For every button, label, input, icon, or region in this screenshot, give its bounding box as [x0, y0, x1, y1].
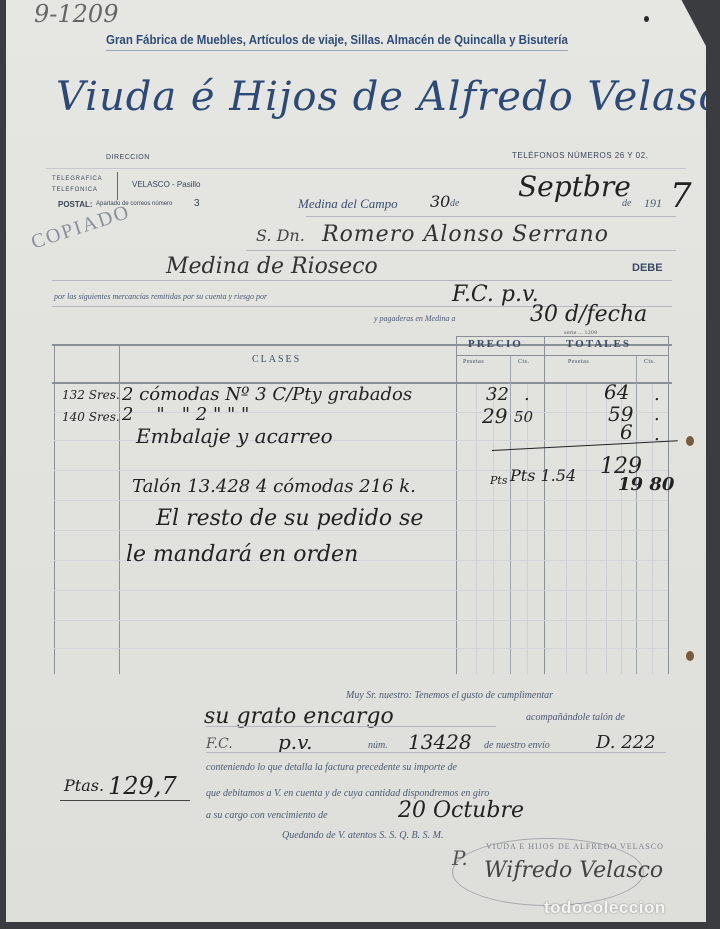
company-name: Viuda é Hijos de Alfredo Velasco [56, 74, 720, 120]
telegraph-address: VELASCO - Pasillo [132, 180, 200, 189]
amount-value: 129,7 [108, 772, 177, 800]
row-desc: 2 cómodas Nº 3 C/Pty grabados [122, 384, 412, 405]
signature-prefix: P. [452, 846, 468, 870]
row-total-pts: 6 [620, 420, 633, 444]
date-month: Septbre [518, 170, 631, 203]
recipient-name: Romero Alonso Serrano [322, 222, 609, 247]
precio-pesetas-header: Pesetas [463, 359, 484, 365]
letter-line-2-printed: acompañándole talón de [526, 712, 625, 723]
row-ref: 140 Sres. [62, 410, 120, 424]
recipient-prefix: S. Dn. [256, 226, 305, 245]
row-total-pts: 64 [604, 380, 629, 404]
letter-line-6-date: 20 Octubre [398, 798, 524, 823]
letter-line-4: conteniendo lo que detalla la factura pr… [206, 762, 457, 773]
row-ref: 132 Sres. [62, 388, 120, 402]
row-price-cts: . [524, 384, 530, 405]
letter-line-6: a su cargo con vencimiento de [206, 810, 328, 821]
pin-hole [644, 16, 649, 22]
shipping-terms: 30 d/fecha [530, 302, 647, 327]
recipient-city: Medina de Rioseco [166, 254, 378, 279]
letter-line-3-printed: de nuestro envío [484, 740, 550, 751]
watermark: todocoleccion [544, 898, 666, 918]
rust-spot [686, 436, 694, 446]
row-total-cts: . [654, 384, 660, 405]
col-clases-header: CLASES [252, 354, 301, 365]
shipping-printed-2: y pagaderas en Medina a [374, 314, 455, 323]
postal-label: POSTAL: [58, 200, 93, 209]
telefonos-label: TELÉFONOS NÚMEROS 26 Y 02. [512, 151, 648, 160]
col-totales-header: TOTALES [566, 338, 631, 350]
invoice-page: 9-1209 Gran Fábrica de Muebles, Artículo… [6, 0, 706, 922]
shipping-printed-1: por las siguientes mercancías remitidas … [54, 292, 267, 301]
totales-pesetas-header: Pesetas [568, 359, 589, 365]
telegrafica-label: TELEGRAFICA [52, 176, 102, 182]
total-label: Pts [490, 474, 507, 487]
postal-number: 3 [194, 198, 200, 209]
date-de-2: de [622, 198, 631, 209]
date-year-prefix: 191 [644, 196, 662, 211]
row-price-pts: 32 [486, 384, 509, 405]
date-year-suffix: 7 [670, 176, 692, 216]
shipping-via: F.C. p.v. [452, 282, 539, 307]
letter-line-3-envio: D. 222 [596, 732, 656, 753]
signature: Wifredo Velasco [484, 858, 663, 883]
talon-line: Talón 13.428 4 cómodas 216 k. [132, 476, 416, 497]
company-tagline: Gran Fábrica de Muebles, Artículos de vi… [106, 33, 568, 51]
col-precio-header: PRECIO [468, 338, 523, 350]
totales-cts-header: Cts. [644, 359, 656, 365]
rust-spot [686, 651, 694, 661]
letter-line-3-pv: p.v. [278, 730, 312, 754]
amount-label: Ptas. [64, 776, 104, 795]
company-stamp-text: VIUDA E HIJOS DE ALFREDO VELASCO [486, 842, 664, 851]
note-line-1: El resto de su pedido se [156, 506, 423, 531]
note-line-2: le mandará en orden [126, 542, 358, 567]
row-price-cts: 50 [514, 408, 533, 426]
telefonica-label: TELEFONICA [52, 187, 98, 193]
letter-closing: Quedando de V. atentos S. S. Q. B. S. M. [282, 830, 443, 841]
printed-place: Medina del Campo [298, 196, 398, 212]
debe-label: DEBE [632, 262, 663, 274]
weight-value: 19 80 [618, 474, 674, 495]
weight-note: Pts 1.54 [510, 466, 576, 485]
row-total-cts: . [654, 404, 660, 425]
date-day: 30 [430, 192, 450, 211]
letter-line-3-num-label: núm. [368, 740, 388, 751]
letter-line-3-fc: F.C. [206, 736, 233, 752]
precio-cts-header: Cts. [518, 359, 530, 365]
date-de-1: de [450, 198, 459, 209]
row-desc: 2 " " 2 " " " [122, 404, 249, 425]
direccion-label: DIRECCION [106, 154, 150, 161]
row-desc: Embalaje y acarreo [136, 424, 333, 448]
letter-line-1: Muy Sr. nuestro: Tenemos el gusto de cum… [346, 690, 553, 701]
letter-line-3-number: 13428 [408, 730, 472, 754]
row-price-pts: 29 [482, 404, 507, 428]
archive-number: 9-1209 [34, 0, 118, 28]
